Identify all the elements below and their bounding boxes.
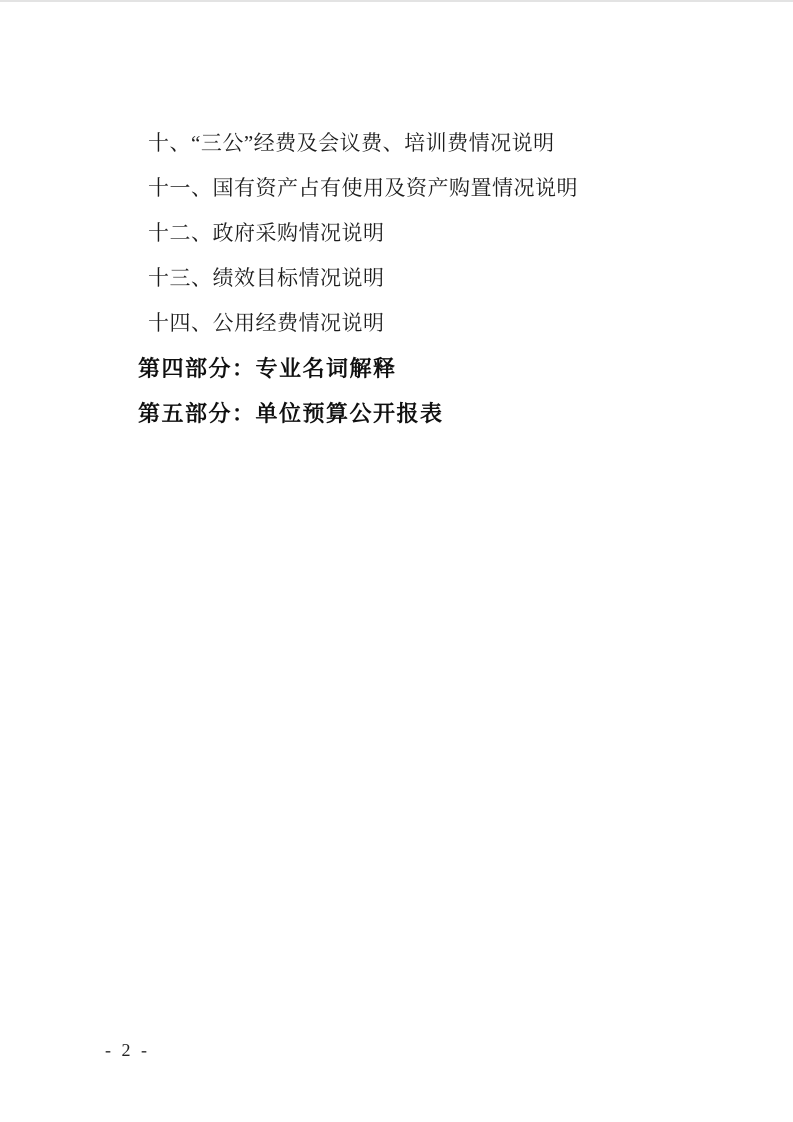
toc-item-14: 十四、公用经费情况说明 — [0, 301, 793, 346]
page-number: - 2 - — [105, 1040, 150, 1061]
toc-item-11: 十一、国有资产占有使用及资产购置情况说明 — [0, 166, 793, 211]
toc-item-12: 十二、政府采购情况说明 — [0, 211, 793, 256]
toc-item-13: 十三、绩效目标情况说明 — [0, 256, 793, 301]
document-page: 十、“三公”经费及会议费、培训费情况说明 十一、国有资产占有使用及资产购置情况说… — [0, 0, 793, 1122]
section-heading-part5: 第五部分：单位预算公开报表 — [0, 391, 793, 436]
toc-content: 十、“三公”经费及会议费、培训费情况说明 十一、国有资产占有使用及资产购置情况说… — [0, 2, 793, 436]
toc-item-10: 十、“三公”经费及会议费、培训费情况说明 — [0, 121, 793, 166]
section-heading-part4: 第四部分：专业名词解释 — [0, 346, 793, 391]
